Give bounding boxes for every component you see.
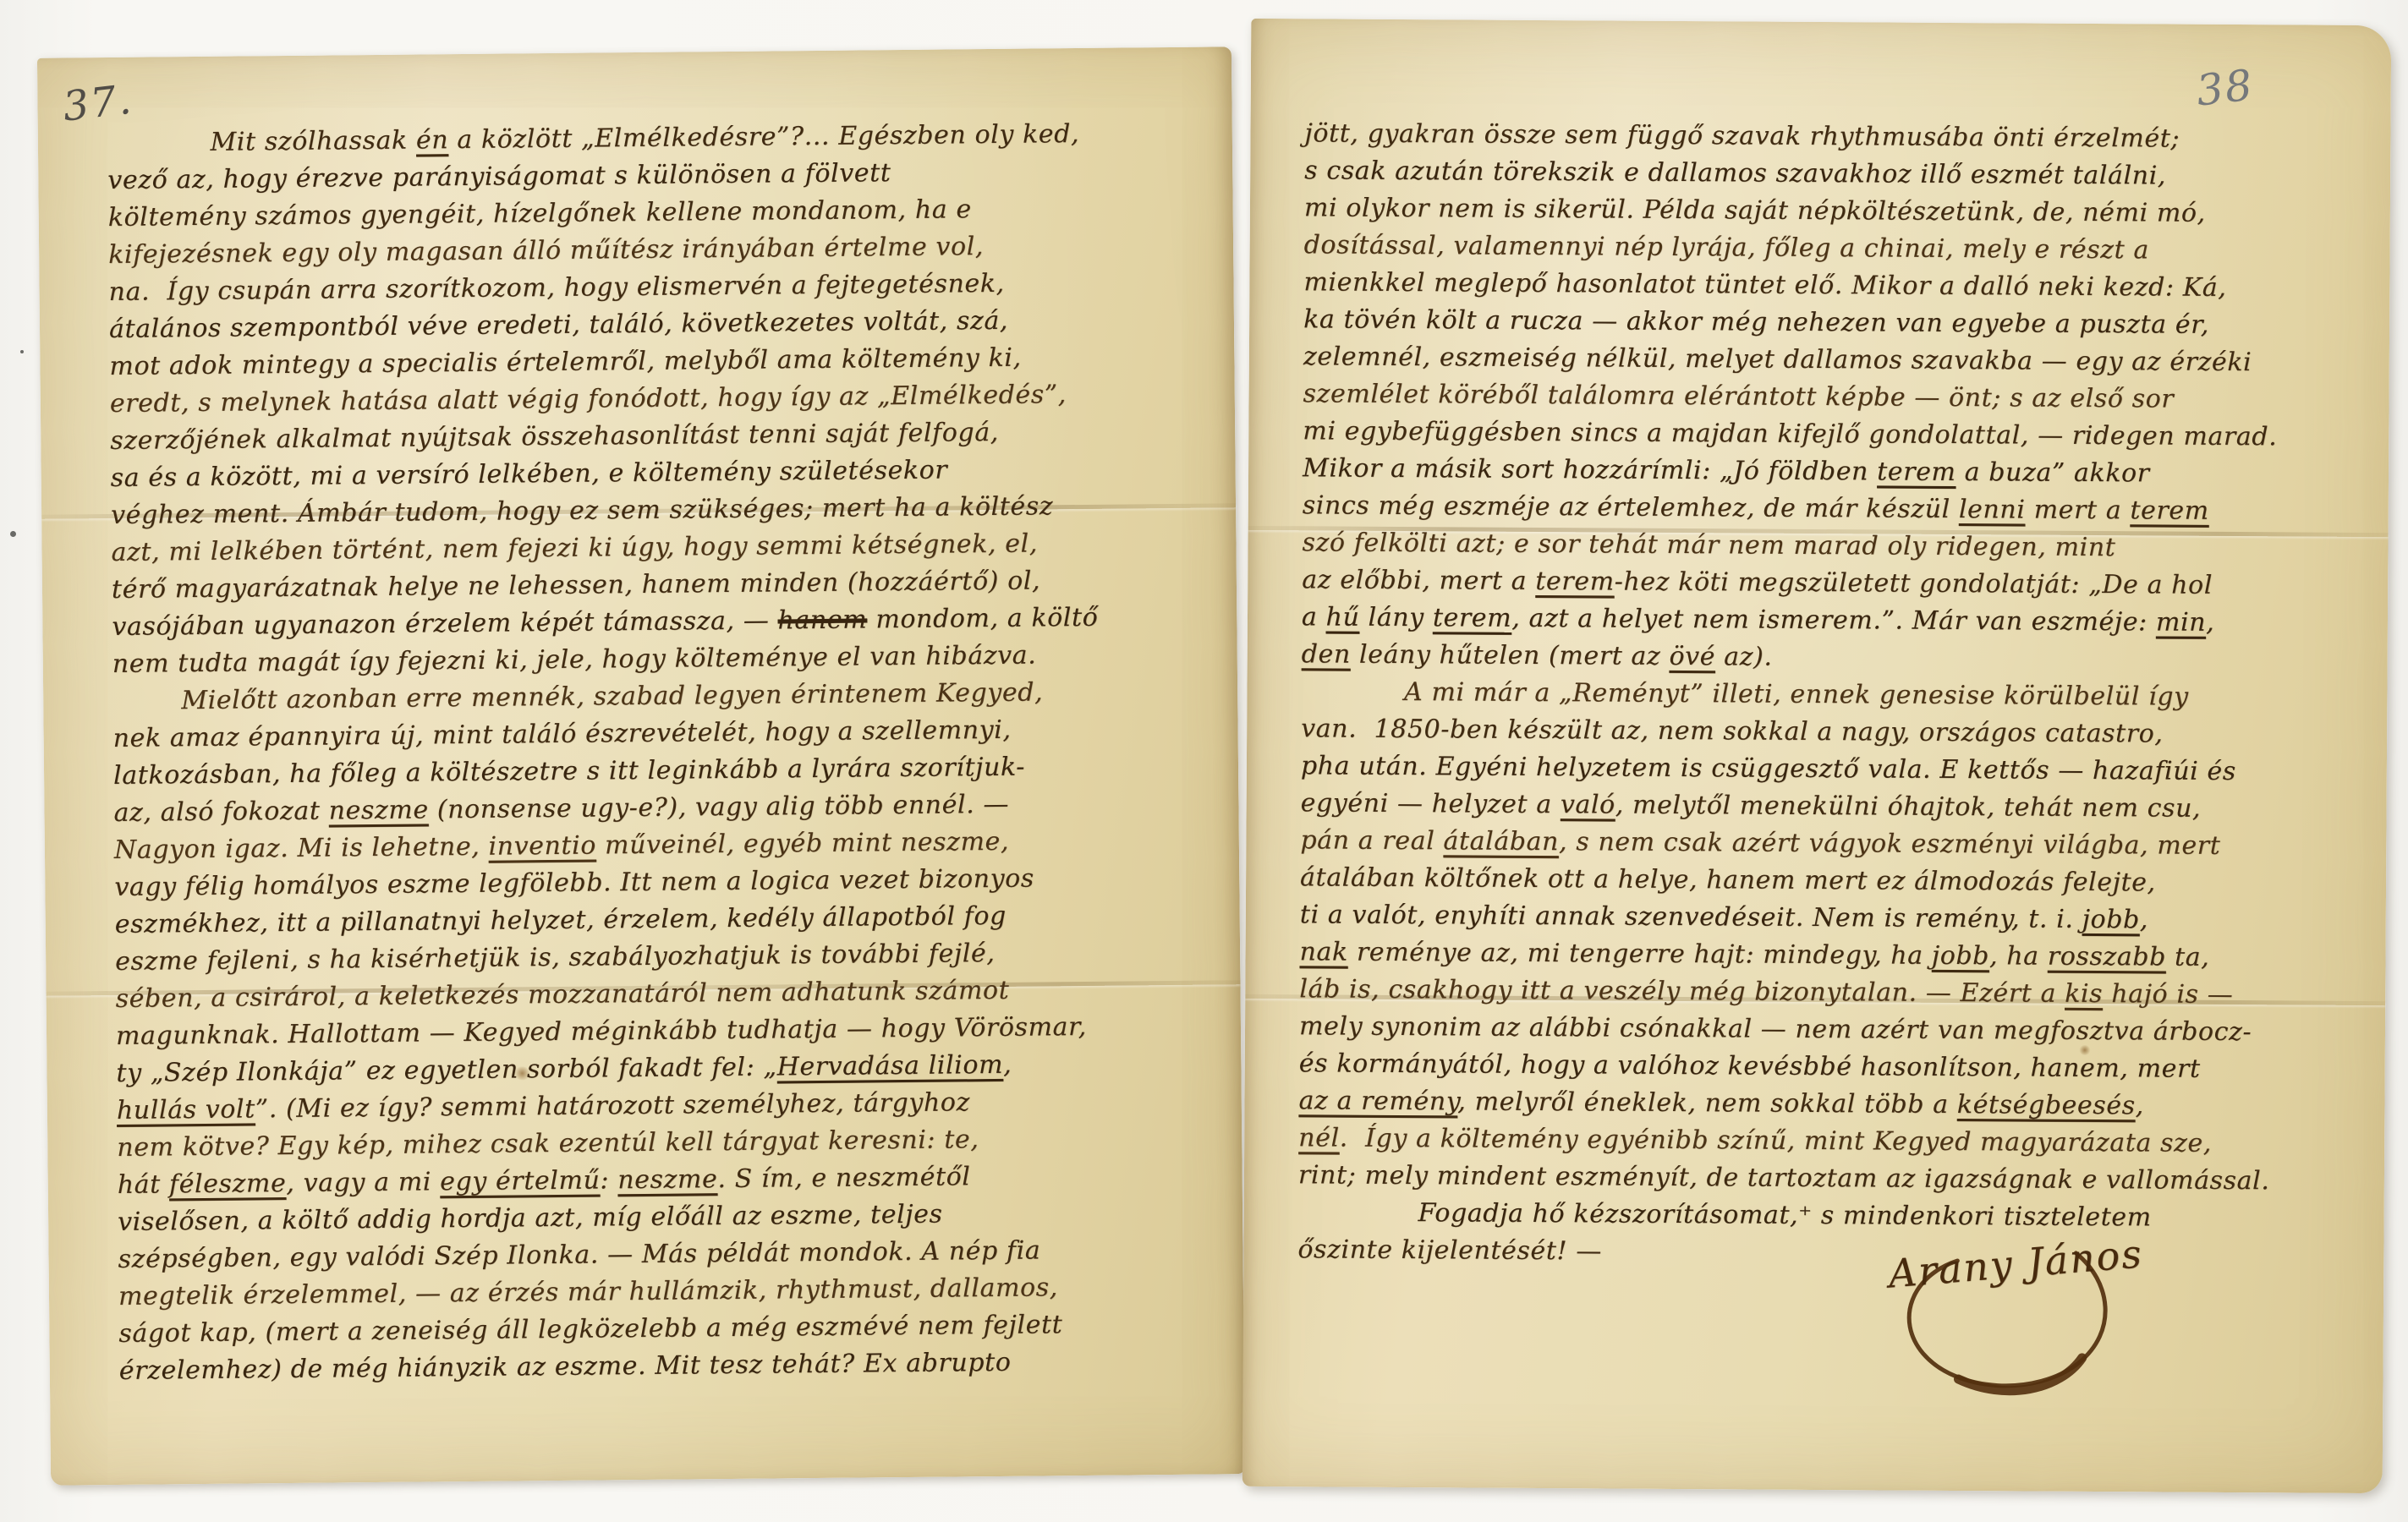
letter-text-page-38: jött, gyakran össze sem függő szavak rhy… xyxy=(1297,115,2378,1275)
letter-line: mienkkel meglepő hasonlatot tüntet elő. … xyxy=(1303,264,2378,308)
letter-line: pán a real átalában, s nem csak azért vá… xyxy=(1300,822,2374,866)
letter-line: szó felkölti azt; e sor tehát már nem ma… xyxy=(1302,524,2376,568)
letter-line: Mikor a másik sort hozzárímli: „Jó földb… xyxy=(1303,450,2377,494)
letter-line: láb is, csakhogy itt a veszély még bizon… xyxy=(1299,971,2373,1015)
letter-line: mely synonim az alábbi csónakkal — nem a… xyxy=(1299,1008,2373,1052)
letter-line: ti a valót, enyhíti annak szenvedéseit. … xyxy=(1300,896,2374,940)
letter-line: ka tövén költ a rucza — akkor még neheze… xyxy=(1303,301,2378,345)
letter-line: szemlélet köréből találomra elérántott k… xyxy=(1303,375,2377,419)
letter-line: van. 1850-ben készült az, nem sokkal a n… xyxy=(1301,710,2375,754)
letter-line: egyéni — helyzet a való, melytől menekül… xyxy=(1301,785,2375,829)
letter-line: és kormányától, hogy a valóhoz kevésbbé … xyxy=(1299,1045,2373,1089)
letter-line: rint; mely mindent eszményít, de tartozt… xyxy=(1298,1157,2372,1201)
letter-line: dosítással, valamennyi nép lyrája, főleg… xyxy=(1304,227,2378,271)
letter-line: nak reménye az, mi tengerre hajt: mindeg… xyxy=(1299,933,2373,977)
letter-line: zelemnél, eszmeiség nélkül, melyet dalla… xyxy=(1303,338,2378,382)
letter-line: A mi már a „Reményt” illeti, ennek genes… xyxy=(1301,673,2375,717)
letter-line: den leány hűtelen (mert az övé az). xyxy=(1302,636,2376,680)
letter-line: átalában költőnek ott a helye, hanem mer… xyxy=(1300,859,2374,903)
page-number-38: 38 xyxy=(2194,60,2257,115)
letter-line: őszinte kijelentését! — xyxy=(1297,1231,2372,1275)
letter-line: s csak azután törekszik e dallamos szava… xyxy=(1304,152,2378,196)
letter-text-page-37: Mit szólhassak én a közlött „Elmélkedésr… xyxy=(107,114,1229,1390)
letter-page-right: 38 jött, gyakran össze sem függő szavak … xyxy=(1242,19,2392,1493)
letter-line: Fogadja hő kézszorításomat,⁺ s mindenkor… xyxy=(1298,1194,2372,1238)
letter-line: mi olykor nem is sikerül. Példa saját né… xyxy=(1304,189,2378,233)
letter-line: a hű lány terem, azt a helyet nem ismere… xyxy=(1302,599,2376,643)
letter-line: mi egybefüggésben sincs a majdan kifejlő… xyxy=(1303,413,2377,457)
page-number-37: 37. xyxy=(61,76,135,131)
letter-line: az előbbi, mert a terem-hez köti megszül… xyxy=(1302,561,2376,605)
letter-page-left: 37. Mit szólhassak én a közlött „Elmélke… xyxy=(37,47,1245,1485)
scan-speck xyxy=(20,350,24,353)
letter-line: jött, gyakran össze sem függő szavak rhy… xyxy=(1304,115,2378,159)
letter-scan: 37. Mit szólhassak én a közlött „Elmélke… xyxy=(0,0,2408,1522)
letter-line: sincs még eszméje az értelemhez, de már … xyxy=(1303,487,2377,531)
letter-line: az a remény, melyről éneklek, nem sokkal… xyxy=(1298,1082,2372,1126)
letter-line: pha után. Egyéni helyzetem is csüggesztő… xyxy=(1301,747,2375,791)
signature-block: Arany János xyxy=(1865,1218,2145,1405)
scan-speck xyxy=(10,531,16,537)
letter-line: nél. Így a költemény egyénibb színű, min… xyxy=(1298,1120,2372,1163)
